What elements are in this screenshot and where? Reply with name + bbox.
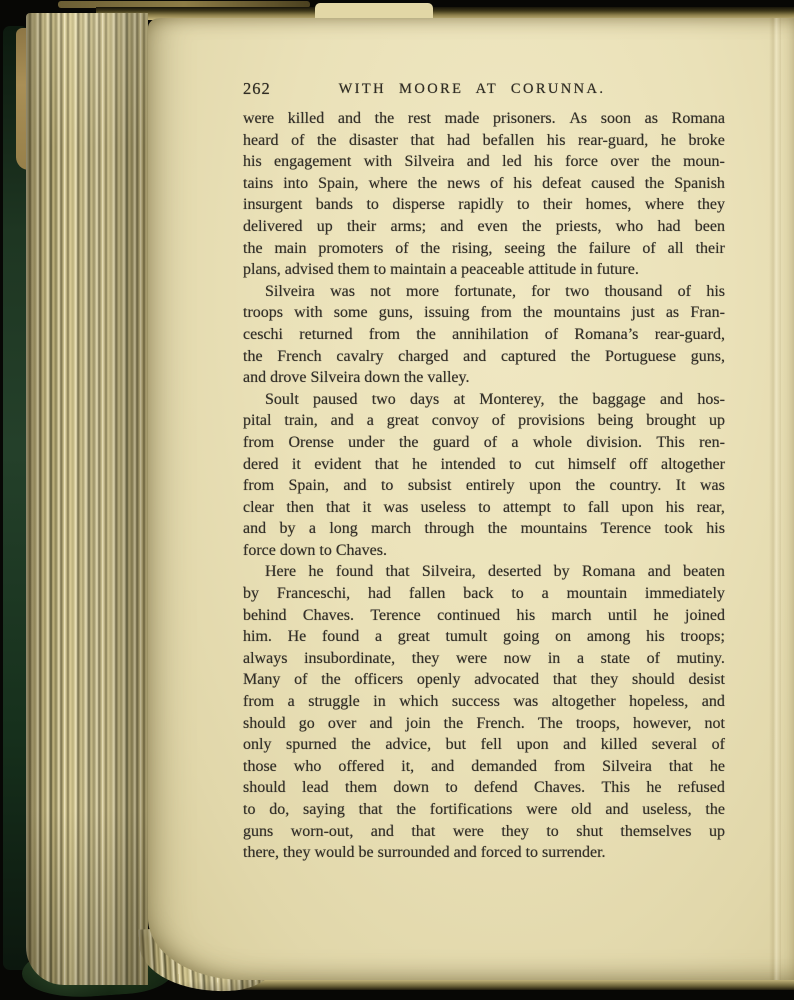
- protruding-page-edge: [315, 3, 433, 19]
- book-photo: 262 WITH MOORE AT CORUNNA. werekilledand…: [0, 0, 794, 1000]
- text-line: werekilledandtherestmadeprisoners.Assoon…: [243, 108, 725, 130]
- text-line: heardofthedisasterthathadbefallenhisrear…: [243, 130, 725, 152]
- text-line: fromSpain,andtosubsistentirelyuponthecou…: [243, 475, 725, 497]
- text-line: behindChaves.Terencecontinuedhismarchunt…: [243, 605, 725, 627]
- text-line: plans, advised them to maintain a peacea…: [243, 259, 725, 281]
- text-line: gunsworn-out,andthatweretheytoshutthemse…: [243, 821, 725, 843]
- text-line: delivereduptheirarms;andeventhepriests,w…: [243, 216, 725, 238]
- text-line: themainpromotersoftherising,seeingthefai…: [243, 238, 725, 260]
- text-line: andbyalongmarchthroughthemountainsTerenc…: [243, 518, 725, 540]
- text-line: byFranceschi,hadfallenbacktoamountainimm…: [243, 583, 725, 605]
- running-header: WITH MOORE AT CORUNNA.: [231, 81, 713, 98]
- text-line: HerehefoundthatSilveira,desertedbyRomana…: [243, 561, 725, 583]
- text-line: insurgentbandstodisperserapidlytotheirho…: [243, 194, 725, 216]
- page-text: werekilledandtherestmadeprisoners.Assoon…: [243, 108, 725, 864]
- text-line: force down to Chaves.: [243, 540, 725, 562]
- text-line: theFrenchcavalrychargedandcapturedthePor…: [243, 346, 725, 368]
- text-line: Manyoftheofficersopenlyadvocatedthatthey…: [243, 669, 725, 691]
- text-line: hisengagementwithSilveiraandledhisforceo…: [243, 151, 725, 173]
- text-line: there, they would be surrounded and forc…: [243, 842, 725, 864]
- text-line: onlyspurnedtheadvice,butfelluponandkille…: [243, 734, 725, 756]
- fanned-page-edges: [26, 13, 148, 985]
- book-page: 262 WITH MOORE AT CORUNNA. werekilledand…: [148, 18, 794, 980]
- text-line: todo,sayingthatthefortificationswereolda…: [243, 799, 725, 821]
- text-line: fromastruggleinwhichsuccesswasaltogether…: [243, 691, 725, 713]
- text-line: ceschireturnedfromtheannihilationofRoman…: [243, 324, 725, 346]
- text-line: shouldgooverandjointheFrench.Thetroops,h…: [243, 713, 725, 735]
- text-line: pitaltrain,andagreatconvoyofprovisionsbe…: [243, 410, 725, 432]
- text-line: alwaysinsubordinate,theywerenowinastateo…: [243, 648, 725, 670]
- text-line: dereditevidentthatheintendedtocuthimself…: [243, 454, 725, 476]
- text-line: him.Hefoundagreattumultgoingonamonghistr…: [243, 626, 725, 648]
- paragraph: HerehefoundthatSilveira,desertedbyRomana…: [243, 561, 725, 863]
- text-line: clearthenthatitwasuselesstoattempttofall…: [243, 497, 725, 519]
- text-line: SoultpausedtwodaysatMonterey,thebaggagea…: [243, 389, 725, 411]
- text-line: troopswithsomeguns,issuingfromthemountai…: [243, 302, 725, 324]
- text-line: tainsintoSpain,wherethenewsofhisdefeatca…: [243, 173, 725, 195]
- page-header: 262 WITH MOORE AT CORUNNA.: [243, 79, 725, 101]
- paragraph: SoultpausedtwodaysatMonterey,thebaggagea…: [243, 389, 725, 562]
- text-line: Silveirawasnotmorefortunate,fortwothousa…: [243, 281, 725, 303]
- text-line: thosewhoofferedit,anddemandedfromSilveir…: [243, 756, 725, 778]
- text-line: shouldleadthemdowntodefendChaves.Thisher…: [243, 777, 725, 799]
- paragraph: Silveirawasnotmorefortunate,fortwothousa…: [243, 281, 725, 389]
- text-line: fromOrenseundertheguardofawholedivision.…: [243, 432, 725, 454]
- paragraph: werekilledandtherestmadeprisoners.Assoon…: [243, 108, 725, 281]
- text-line: and drove Silveira down the valley.: [243, 367, 725, 389]
